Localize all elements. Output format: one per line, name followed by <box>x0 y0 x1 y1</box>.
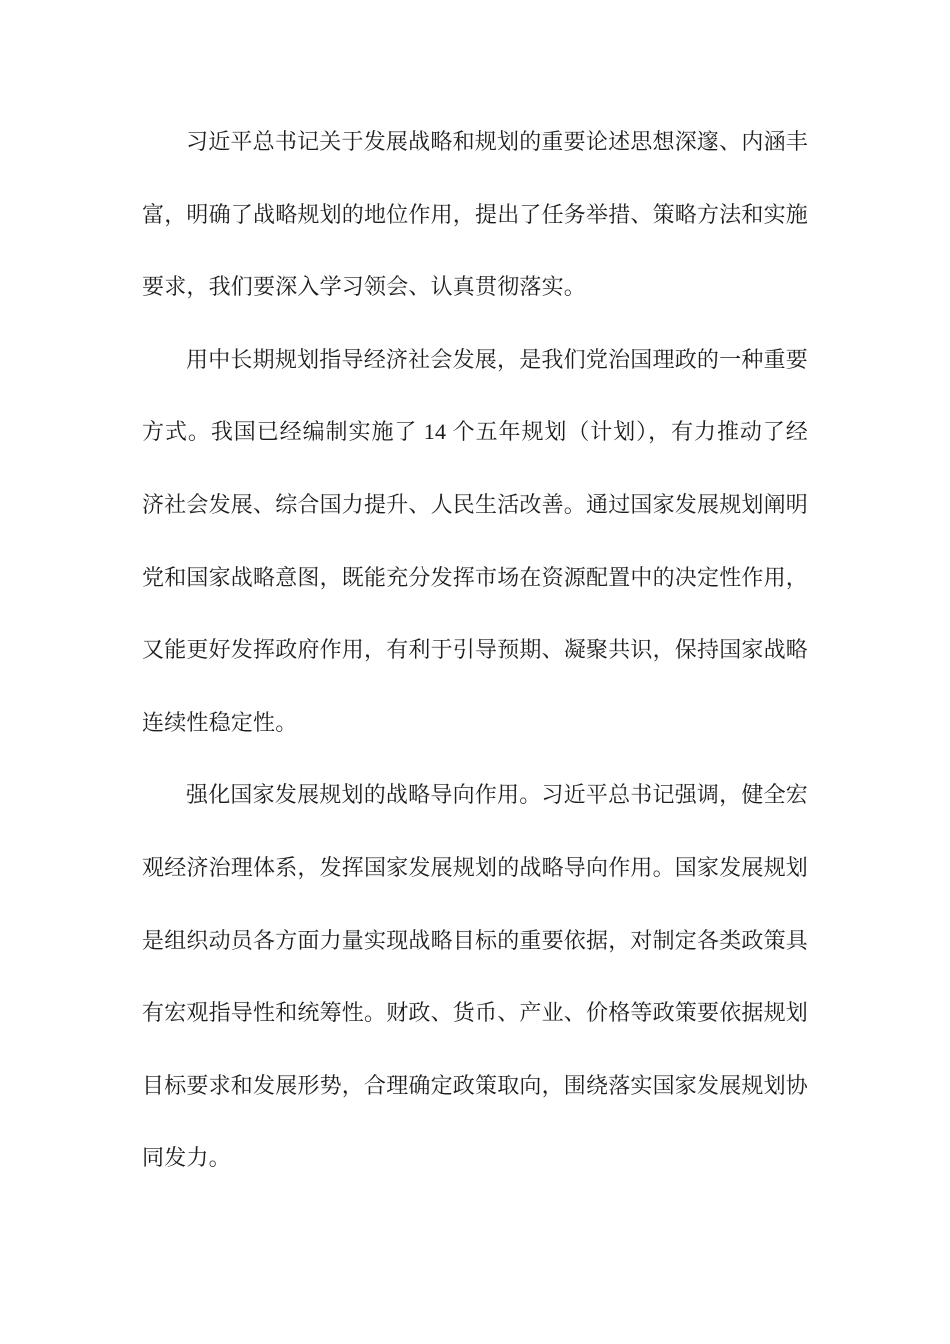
paragraph-3: 强化国家发展规划的战略导向作用。习近平总书记强调，健全宏观经济治理体系，发挥国家… <box>142 759 808 1195</box>
paragraph-1: 习近平总书记关于发展战略和规划的重要论述思想深邃、内涵丰富，明确了战略规划的地位… <box>142 106 808 324</box>
document-page: 习近平总书记关于发展战略和规划的重要论述思想深邃、内涵丰富，明确了战略规划的地位… <box>0 0 950 1344</box>
paragraph-2: 用中长期规划指导经济社会发展，是我们党治国理政的一种重要方式。我国已经编制实施了… <box>142 324 808 760</box>
document-body: 习近平总书记关于发展战略和规划的重要论述思想深邃、内涵丰富，明确了战略规划的地位… <box>142 106 808 1195</box>
